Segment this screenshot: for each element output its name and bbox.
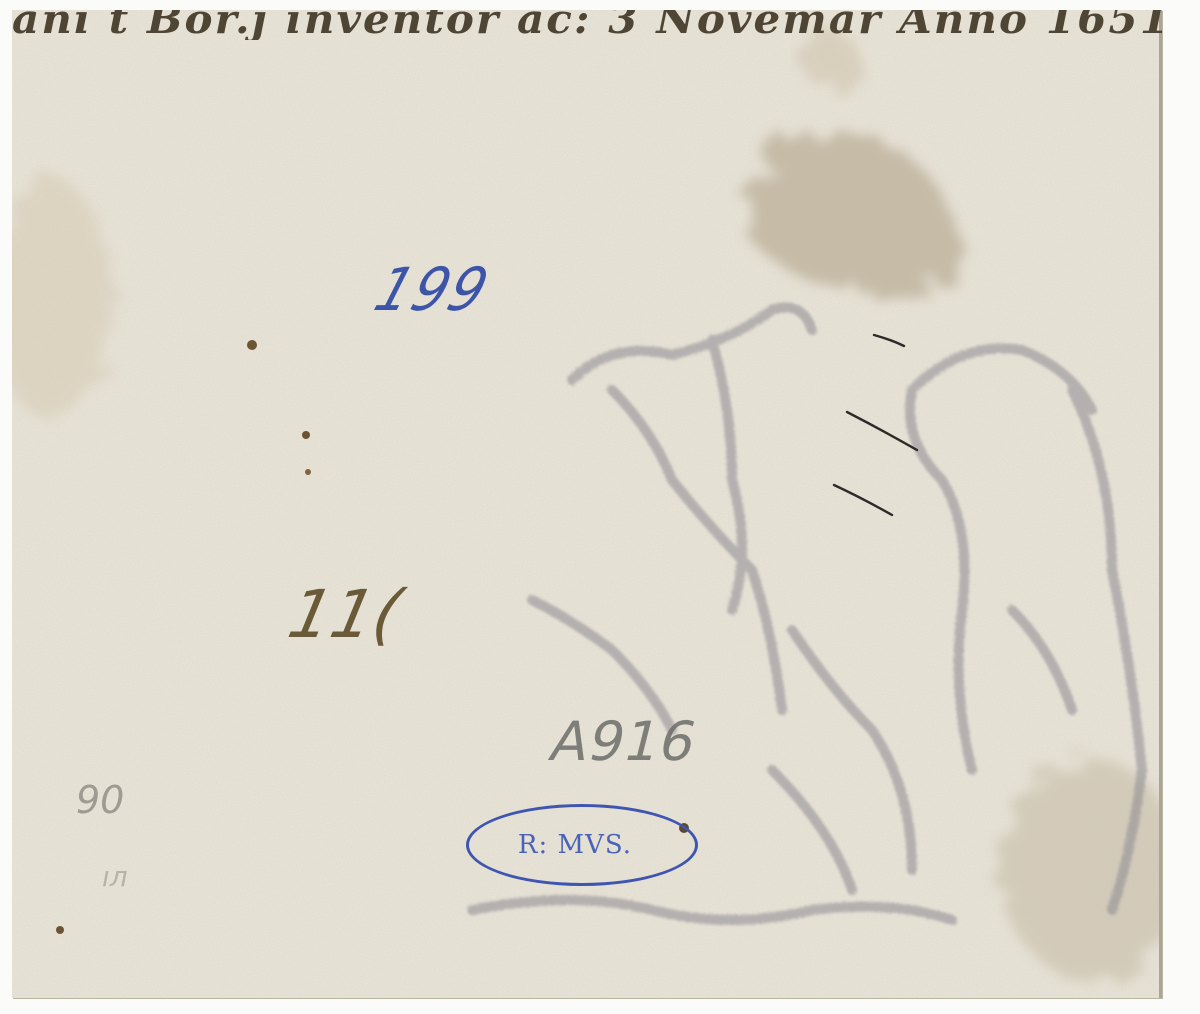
- paper-sheet: ani t Bor.j inventor ac: 3 Novemar Anno …: [12, 10, 1162, 998]
- stamp-text: R: MVS.: [518, 830, 632, 860]
- top-inscription: ani t Bor.j inventor ac: 3 Novemar Anno …: [12, 10, 1162, 40]
- collection-stamp: R: MVS.: [466, 804, 698, 886]
- pencil-number: 90: [76, 778, 124, 822]
- faint-pencil-mark: ıл: [102, 860, 128, 893]
- blue-ink-number: 199: [367, 255, 499, 324]
- inventory-number: A916: [544, 710, 704, 773]
- sheet-edge: [1159, 10, 1162, 998]
- brown-ink-number: 11(: [282, 576, 408, 653]
